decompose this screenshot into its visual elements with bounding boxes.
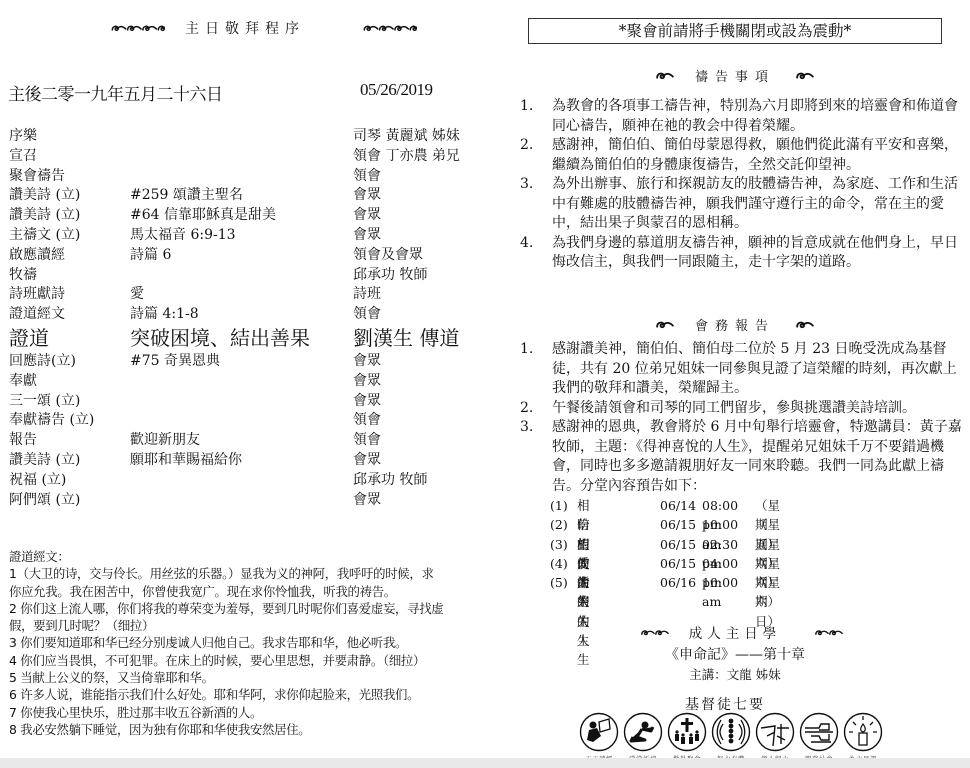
church-gathering-icon — [666, 712, 708, 752]
program-leader: 會眾 — [353, 206, 381, 226]
scripture-line: 7 你使我心里快乐，胜过那丰收五谷新酒的人。 — [9, 704, 484, 721]
item-text: 為外出辦事、旅行和探親訪友的肢體禱告神，為家庭、工作和生活中有難處的肢體禱告神，… — [552, 176, 958, 231]
program-leader: 會眾 — [353, 372, 381, 392]
ornament-left-icon — [656, 71, 674, 80]
date-numeric: 05/26/2019 — [360, 80, 432, 100]
program-row: 祝福 (立)邱承功 牧師 — [9, 471, 489, 491]
essential-item: 常常祈禱 — [622, 712, 664, 763]
phone-notice-box: *聚會前請將手機關閉或設為震動* — [528, 18, 942, 44]
program-row: 阿們頌 (立)會眾 — [9, 491, 489, 511]
worship-program-page: 主日敬拜程序 主後二零一九年五月二十六日 05/26/2019 序樂司琴 黃麗斌… — [0, 0, 490, 768]
essential-item: 領人歸主 — [754, 712, 796, 763]
announcement-item: 3.感謝神的恩典，教會將於 6 月中旬舉行培靈會，特邀講員：黃子嘉牧師，主題：《… — [520, 418, 962, 496]
item-text: 為教會的各項事工禱告神，特別為六月即將到來的培靈會和佈道會同心禱告，願神在祂的教… — [552, 98, 958, 134]
session-number: (2) — [550, 515, 568, 534]
program-item: 聚會禱告 — [9, 167, 65, 187]
item-number: 2. — [520, 136, 533, 156]
program-row: 奉獻禱告 (立)領會 — [9, 411, 489, 431]
program-item: 回應詩(立) — [9, 352, 76, 372]
session-number: (3) — [550, 535, 568, 554]
program-row-sermon: 證道突破困境、結出善果劉漢生 傳道 — [9, 325, 489, 352]
seven-essentials-heading: 基督徒七要 — [480, 694, 970, 714]
date-chinese: 主後二零一九年五月二十六日 — [8, 80, 223, 105]
ornament-right-icon — [796, 71, 814, 80]
program-item: 牧禱 — [9, 266, 37, 286]
program-content: 詩篇 4:1-8 — [130, 305, 199, 325]
serving-society-icon — [798, 712, 840, 752]
ornament-right-icon — [325, 23, 417, 33]
session-date: 06/16 — [660, 573, 696, 592]
session-number: (5) — [550, 573, 568, 592]
program-item: 讚美詩 (立) — [9, 206, 80, 226]
item-number: 3. — [520, 418, 533, 438]
announcements-heading: 會務報告 — [695, 319, 775, 334]
prayer-item: 4.為我們身邊的慕道朋友禱告神，願神的旨意成就在他們身上，早日悔改信主，與我們一… — [520, 234, 962, 273]
program-row: 讚美詩 (立)#259 頌讚主聖名會眾 — [9, 186, 489, 206]
prayer-heading: 禱告事項 — [695, 70, 775, 85]
session-number: (4) — [550, 554, 568, 573]
announcement-item: 2.午餐後請領會和司琴的同工們留步，參與挑選讚美詩培訓。 — [520, 399, 962, 419]
program-row: 讚美詩 (立)#64 信靠耶穌真是甜美會眾 — [9, 206, 489, 226]
program-item: 序樂 — [9, 127, 37, 147]
essential-item: 為主見證 — [842, 712, 884, 763]
prayer-item: 1.為教會的各項事工禱告神，特別為六月即將到來的培靈會和佈道會同心禱告，願神在祂… — [520, 97, 962, 136]
program-table: 序樂司琴 黃麗斌 姊妹 宣召領會 丁亦農 弟兄 聚會禱告領會 讚美詩 (立)#2… — [9, 127, 489, 510]
seven-essentials-icons: 天天讀經 常常祈禱 勤赴聚會 努力奉獻 領人歸主 服務社會 — [578, 712, 884, 763]
announcements-heading-row: 會務報告 — [500, 315, 970, 334]
sunday-school-heading: 成人主日學 — [689, 626, 782, 642]
preacher: 劉漢生 傳道 — [353, 325, 459, 352]
ornament-left-icon — [73, 23, 165, 33]
program-content: 願耶和華賜福給你 — [130, 451, 242, 471]
session-date: 06/15 — [660, 554, 696, 573]
program-leader: 領會 — [353, 167, 381, 187]
scripture-line: 1（大卫的诗，交与伶长。用丝弦的乐器。）显我为义的神阿，我呼吁的时候，求 — [9, 565, 484, 582]
sermon-title: 突破困境、結出善果 — [130, 325, 310, 352]
evangelism-icon — [754, 712, 796, 752]
session-number: (1) — [550, 496, 568, 515]
sunday-school-subject: 《申命記》——第十章 — [500, 644, 970, 664]
program-leader: 領會 — [353, 305, 381, 325]
program-leader: 領會 丁亦農 弟兄 — [353, 147, 460, 167]
program-item: 奉獻 — [9, 372, 37, 392]
program-content: 愛 — [130, 285, 144, 305]
program-leader: 領會 — [353, 411, 381, 431]
scripture-line: 你应允我。我在困苦中，你曾使我宽广。现在求你怜恤我，听我的祷告。 — [9, 583, 484, 600]
item-text: 午餐後請領會和司琴的同工們留步，參與挑選讚美詩培訓。 — [552, 400, 916, 416]
program-content: 詩篇 6 — [130, 246, 171, 266]
announcements-list: 1.感謝讚美神，簡伯伯、簡伯母二位於 5 月 23 日晚受洗成為基督徒，共有 2… — [520, 340, 962, 496]
program-title-row: 主日敬拜程序 — [0, 18, 490, 38]
announcements-page: *聚會前請將手機關閉或設為震動* 禱告事項 1.為教會的各項事工禱告神，特別為六… — [500, 0, 970, 768]
program-item: 啟應讀經 — [9, 246, 65, 266]
program-leader: 會眾 — [353, 491, 381, 511]
program-item: 讚美詩 (立) — [9, 186, 80, 206]
ornament-right-icon — [801, 628, 843, 637]
prayer-item: 2.感謝神，簡伯伯、簡伯母蒙恩得救，願他們從此滿有平安和喜樂，繼續為簡伯伯的身體… — [520, 136, 962, 175]
scripture-line: 6 许多人说，谁能指示我们什么好处。耶和华阿，求你仰起脸来，光照我们。 — [9, 686, 484, 703]
item-number: 2. — [520, 399, 533, 419]
program-row: 牧禱邱承功 牧師 — [9, 266, 489, 286]
program-item: 詩班獻詩 — [9, 285, 65, 305]
item-number: 1. — [520, 97, 533, 117]
ornament-left-icon — [656, 320, 674, 329]
sunday-school-speaker: 主講：文龍 姊妹 — [500, 665, 970, 683]
program-row: 三一頌 (立)會眾 — [9, 392, 489, 412]
essential-item: 努力奉獻 — [710, 712, 752, 763]
program-leader: 詩班 — [353, 285, 381, 305]
program-leader: 會眾 — [353, 392, 381, 412]
program-item: 阿們頌 (立) — [9, 491, 80, 511]
program-row: 主禱文 (立)馬太福音 6:9-13會眾 — [9, 226, 489, 246]
session-date: 06/15 — [660, 535, 696, 554]
program-title: 主日敬拜程序 — [185, 21, 305, 37]
program-content: #75 奇異恩典 — [130, 352, 220, 372]
program-row: 證道經文詩篇 4:1-8領會 — [9, 305, 489, 325]
scripture-heading: 證道經文： — [9, 548, 484, 565]
program-item: 奉獻禱告 (立) — [9, 411, 94, 431]
ornament-right-icon — [796, 320, 814, 329]
program-leader: 會眾 — [353, 186, 381, 206]
ornament-left-icon — [627, 628, 669, 637]
bottom-edge-bar — [0, 758, 970, 768]
program-row: 啟應讀經詩篇 6領會及會眾 — [9, 246, 489, 266]
session-time: 10:00 am — [702, 573, 738, 612]
scripture-line: 8 我必安然躺下睡觉，因为独有你耶和华使我安然居住。 — [9, 721, 484, 738]
candle-witness-icon — [842, 712, 884, 752]
program-content: #64 信靠耶穌真是甜美 — [130, 206, 276, 226]
item-number: 3. — [520, 175, 533, 195]
item-text: 為我們身邊的慕道朋友禱告神，願神的旨意成就在他們身上，早日悔改信主，與我們一同跟… — [552, 235, 958, 271]
seven-essentials-section: 基督徒七要 天天讀經 常常祈禱 勤赴聚會 努力奉獻 領人歸主 — [500, 694, 970, 714]
session-date: 06/14 — [660, 496, 696, 515]
program-row: 詩班獻詩愛詩班 — [9, 285, 489, 305]
program-leader: 領會及會眾 — [353, 246, 423, 266]
program-row: 報告歡迎新朋友領會 — [9, 431, 489, 451]
program-row: 奉獻會眾 — [9, 372, 489, 392]
program-content: #259 頌讚主聖名 — [130, 186, 243, 206]
essential-item: 服務社會 — [798, 712, 840, 763]
scripture-line: 4 你们应当畏惧，不可犯罪。在床上的时候，要心里思想，并要肃静。（细拉） — [9, 652, 484, 669]
program-item: 主禱文 (立) — [9, 226, 80, 246]
program-item: 宣召 — [9, 147, 37, 167]
program-row: 序樂司琴 黃麗斌 姊妹 — [9, 127, 489, 147]
prayer-list: 1.為教會的各項事工禱告神，特別為六月即將到來的培靈會和佈道會同心禱告，願神在祂… — [520, 97, 962, 273]
prayer-item: 3.為外出辦事、旅行和探親訪友的肢體禱告神，為家庭、工作和生活中有難處的肢體禱告… — [520, 175, 962, 234]
sunday-school-heading-row: 成人主日學 — [500, 622, 970, 642]
program-leader: 會眾 — [353, 226, 381, 246]
program-item: 報告 — [9, 431, 37, 451]
program-item: 證道經文 — [9, 305, 65, 325]
program-content: 馬太福音 6:9-13 — [130, 226, 236, 246]
program-row: 讚美詩 (立)願耶和華賜福給你會眾 — [9, 451, 489, 471]
program-item: 讚美詩 (立) — [9, 451, 80, 471]
scripture-line: 2 你们这上流人哪，你们将我的尊荣变为羞辱，要到几时呢你们喜爱虚妄，寻找虚 — [9, 600, 484, 617]
essential-item: 天天讀經 — [578, 712, 620, 763]
scripture-passage: 證道經文： 1（大卫的诗，交与伶长。用丝弦的乐器。）显我为义的神阿，我呼吁的时候… — [9, 548, 484, 738]
kneeling-prayer-icon — [622, 712, 664, 752]
program-row: 聚會禱告領會 — [9, 167, 489, 187]
program-row: 宣召領會 丁亦農 弟兄 — [9, 147, 489, 167]
bible-reading-icon — [578, 712, 620, 752]
prayer-heading-row: 禱告事項 — [500, 66, 970, 85]
program-content: 歡迎新朋友 — [130, 431, 200, 451]
item-text: 感謝神，簡伯伯、簡伯母蒙恩得救，願他們從此滿有平安和喜樂，繼續為簡伯伯的身體康復… — [552, 137, 958, 173]
program-leader: 邱承功 牧師 — [353, 471, 427, 491]
announcement-item: 1.感謝讚美神，簡伯伯、簡伯母二位於 5 月 23 日晚受洗成為基督徒，共有 2… — [520, 340, 962, 399]
scripture-line: 3 你们要知道耶和华已经分别虔诚人归他自己。我求告耶和华，他必听我。 — [9, 634, 484, 651]
item-text: 感謝讚美神，簡伯伯、簡伯母二位於 5 月 23 日晚受洗成為基督徒，共有 20 … — [552, 341, 957, 396]
session-date: 06/15 — [660, 515, 696, 534]
sunday-school-section: 成人主日學 《申命記》——第十章 主講：文龍 姊妹 — [500, 622, 970, 683]
program-item: 三一頌 (立) — [9, 392, 80, 412]
program-leader: 邱承功 牧師 — [353, 266, 427, 286]
program-item: 祝福 (立) — [9, 471, 66, 491]
item-text: 感謝神的恩典，教會將於 6 月中旬舉行培靈會，特邀講員：黃子嘉牧師，主題：《得神… — [552, 419, 962, 494]
program-row: 回應詩(立)#75 奇異恩典會眾 — [9, 352, 489, 372]
item-number: 4. — [520, 234, 533, 254]
scripture-line: 5 当献上公义的祭，又当倚靠耶和华。 — [9, 669, 484, 686]
program-leader: 會眾 — [353, 451, 381, 471]
program-leader: 領會 — [353, 431, 381, 451]
program-leader: 司琴 黃麗斌 姊妹 — [353, 127, 460, 147]
offering-icon — [710, 712, 752, 752]
essential-item: 勤赴聚會 — [666, 712, 708, 763]
item-number: 1. — [520, 340, 533, 360]
scripture-line: 假，要到几时呢？（细拉） — [9, 617, 484, 634]
program-leader: 會眾 — [353, 352, 381, 372]
program-item: 證道 — [9, 325, 49, 352]
